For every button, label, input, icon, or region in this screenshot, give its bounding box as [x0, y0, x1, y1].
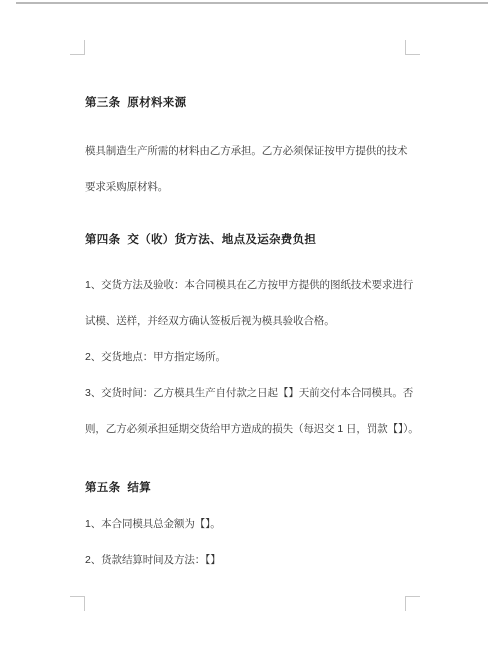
- document-viewer: { "theme": { "page_bg": "#ffffff", "top_…: [0, 0, 488, 651]
- paragraph-line: 模具制造生产所需的材料由乙方承担。乙方必须保证按甲方提供的技术: [85, 133, 415, 169]
- page-top-border: [16, 2, 488, 4]
- paragraph-line: 1、交货方法及验收：本合同模具在乙方按甲方提供的图纸技术要求进行: [85, 267, 415, 303]
- margin-crop-mark-top-right: [405, 40, 420, 55]
- paragraph-line: 2、货款结算时间及方法：【】: [85, 542, 415, 578]
- article-4-item-2: 2、交货地点：甲方指定场所。: [85, 339, 415, 375]
- article-4-item-3: 3、交货时间：乙方模具生产自付款之日起【】天前交付本合同模具。否 则，乙方必须承…: [85, 375, 415, 447]
- margin-crop-mark-bottom-right: [405, 596, 420, 611]
- paragraph-line: 3、交货时间：乙方模具生产自付款之日起【】天前交付本合同模具。否: [85, 375, 415, 411]
- paragraph-line: 则，乙方必须承担延期交货给甲方造成的损失（每迟交 1 日，罚款【】）。: [85, 411, 415, 447]
- article-5-heading: 第五条 结算: [85, 470, 415, 506]
- article-5-item-2: 2、货款结算时间及方法：【】: [85, 542, 415, 578]
- article-4-heading: 第四条 交（收）货方法、地点及运杂费负担: [85, 222, 415, 258]
- paragraph-line: 试模、送样，并经双方确认签板后视为模具验收合格。: [85, 303, 415, 339]
- article-5-item-1: 1、本合同模具总金额为【】。: [85, 506, 415, 542]
- paragraph-line: 1、本合同模具总金额为【】。: [85, 506, 415, 542]
- margin-crop-mark-bottom-left: [70, 596, 85, 611]
- article-3-paragraph: 模具制造生产所需的材料由乙方承担。乙方必须保证按甲方提供的技术 要求采购原材料。: [85, 133, 415, 205]
- paragraph-line: 要求采购原材料。: [85, 169, 415, 205]
- article-4-item-1: 1、交货方法及验收：本合同模具在乙方按甲方提供的图纸技术要求进行 试模、送样，并…: [85, 267, 415, 339]
- document-page-content: 第三条 原材料来源 模具制造生产所需的材料由乙方承担。乙方必须保证按甲方提供的技…: [85, 85, 415, 578]
- article-3-heading: 第三条 原材料来源: [85, 85, 415, 121]
- margin-crop-mark-top-left: [70, 40, 85, 55]
- paragraph-line: 2、交货地点：甲方指定场所。: [85, 339, 415, 375]
